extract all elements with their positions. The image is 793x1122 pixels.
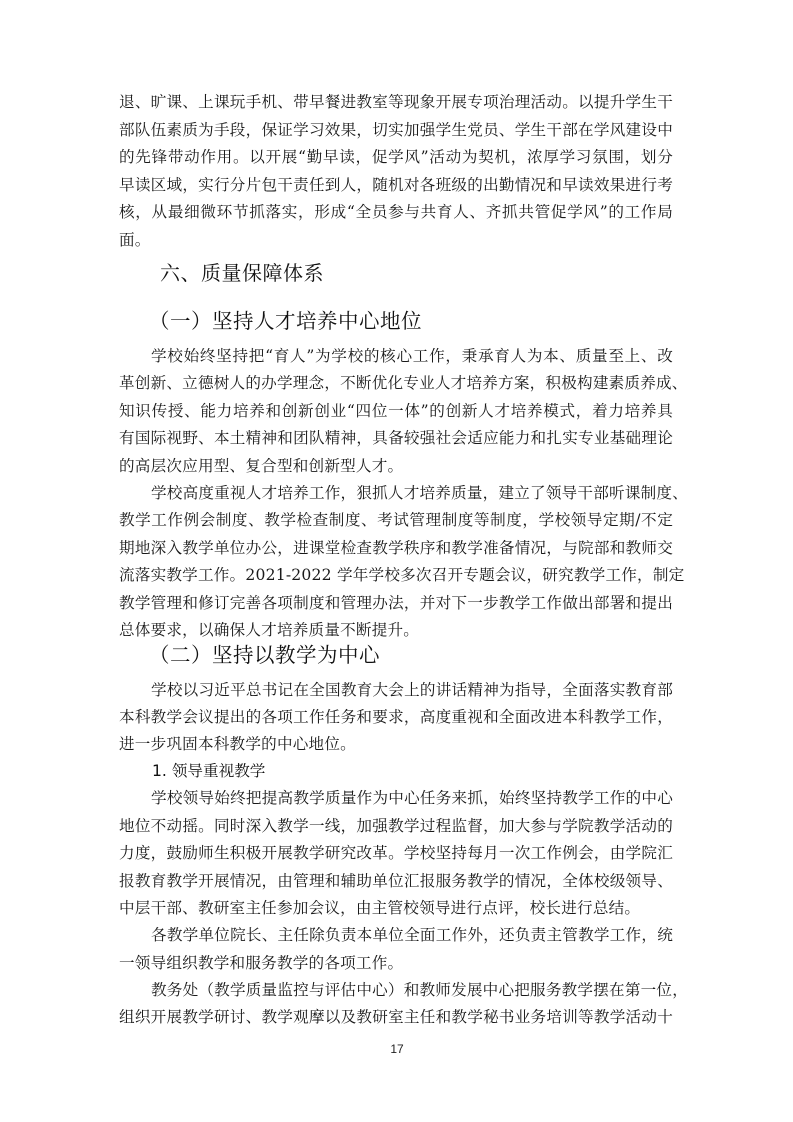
body-text-line: 早读区域，实行分片包干责任到人，随机对各班级的出勤情况和早读效果进行考 [119,175,673,195]
body-text-line: 的先锋带动作用。以开展“勤早读，促学风”活动为契机，浓厚学习氛围，划分 [119,147,673,167]
body-text-line: 各教学单位院长、主任除负责本单位全面工作外，还负责主管教学工作，统 [151,925,673,945]
item-heading: 1. 领导重视教学 [152,761,265,781]
body-text-line: 的高层次应用型、复合型和创新型人才。 [119,456,679,476]
body-text-line: 学校领导始终把提高教学质量作为中心任务来抓，始终坚持教学工作的中心 [151,788,673,808]
body-text-line: 学校以习近平总书记在全国教育大会上的讲话精神为指导，全面落实教育部 [151,680,673,700]
document-page: 退、旷课、上课玩手机、带早餐进教室等现象开展专项治理活动。以提升学生干 部队伍素… [0,0,793,1122]
body-text-line: 面。 [119,230,679,250]
body-text-line: 知识传授、能力培养和创新创业“四位一体”的创新人才培养模式，着力培养具 [119,401,673,421]
page-number: 17 [386,1041,408,1057]
subsection-heading: （一）坚持人才培养中心地位 [149,309,422,333]
subsection-heading: （二）坚持以教学为中心 [149,643,380,667]
body-text-line: 流落实教学工作。2021-2022 学年学校多次召开专题会议，研究教学工作，制定 [119,565,673,585]
body-text-line: 中层干部、教研室主任参加会议，由主管校领导进行点评，校长进行总结。 [119,898,679,918]
body-text-line: 地位不动摇。同时深入教学一线，加强教学过程监督，加大参与学院教学活动的 [119,816,673,836]
body-text-line: 有国际视野、本土精神和团队精神，具备较强社会适应能力和扎实专业基础理论 [119,428,673,448]
body-text-line: 学校高度重视人才培养工作，狠抓人才培养质量，建立了领导干部听课制度、 [151,483,673,503]
body-text-line: 一领导组织教学和服务教学的各项工作。 [119,953,679,973]
body-text-line: 革创新、立德树人的办学理念，不断优化专业人才培养方案，积极构建素质养成、 [119,373,673,393]
body-text-line: 本科教学会议提出的各项工作任务和要求，高度重视和全面改进本科教学工作， [119,707,673,727]
body-text-line: 总体要求，以确保人才培养质量不断提升。 [119,620,679,640]
body-text-line: 教学工作例会制度、教学检查制度、考试管理制度等制度，学校领导定期/不定 [119,510,673,530]
body-text-line: 教学管理和修订完善各项制度和管理办法，并对下一步教学工作做出部署和提出 [119,593,673,613]
section-heading: 六、质量保障体系 [160,261,324,285]
body-text-line: 进一步巩固本科教学的中心地位。 [119,734,679,754]
body-text-line: 报教育教学开展情况，由管理和辅助单位汇报服务教学的情况，全体校级领导、 [119,871,673,891]
body-text-line: 力度，鼓励师生积极开展教学研究改革。学校坚持每月一次工作例会，由学院汇 [119,843,673,863]
body-text-line: 期地深入教学单位办公，进课堂检查教学秩序和教学准备情况，与院部和教师交 [119,538,673,558]
body-text-line: 退、旷课、上课玩手机、带早餐进教室等现象开展专项治理活动。以提升学生干 [119,92,673,112]
body-text-line: 部队伍素质为手段，保证学习效果，切实加强学生党员、学生干部在学风建设中 [119,120,673,140]
body-text-line: 组织开展教学研讨、教学观摩以及教研室主任和教学秘书业务培训等教学活动十 [119,1007,673,1027]
body-text-line: 核，从最细微环节抓落实，形成“全员参与共育人、齐抓共管促学风”的工作局 [119,202,673,222]
body-text-line: 学校始终坚持把“育人”为学校的核心工作，秉承育人为本、质量至上、改 [151,346,673,366]
body-text-line: 教务处（教学质量监控与评估中心）和教师发展中心把服务教学摆在第一位， [151,980,673,1000]
